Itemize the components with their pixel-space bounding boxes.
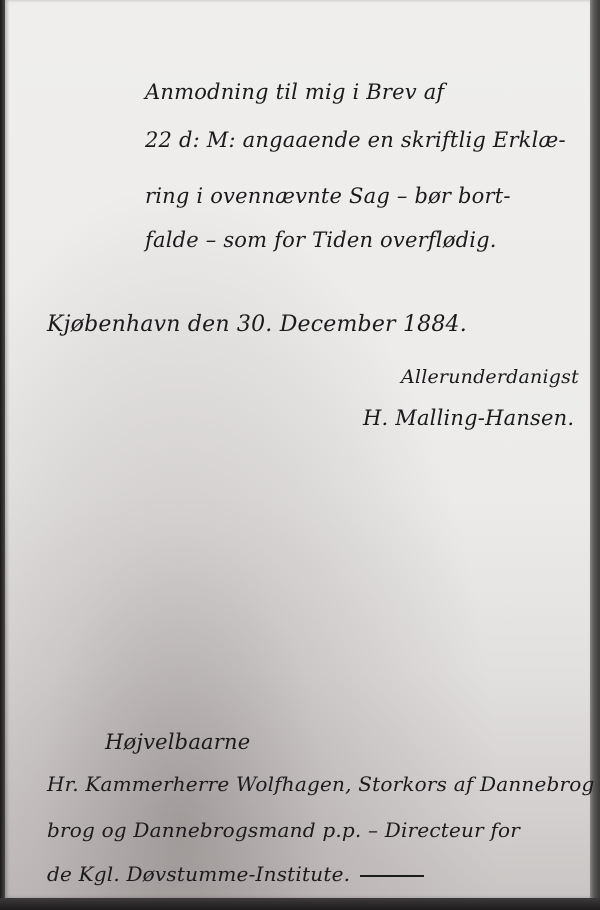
salutation: Højvelbaarne — [105, 730, 250, 754]
body-line-4: falde – som for Tiden overflødig. — [145, 228, 497, 252]
photo-border-bottom — [0, 898, 600, 910]
address-line-3: de Kgl. Døvstumme-Institute. — [47, 862, 424, 886]
signature: H. Malling-Hansen. — [363, 406, 574, 430]
body-line-1: Anmodning til mig i Brev af — [145, 80, 444, 104]
letter-page: Anmodning til mig i Brev af 22 d: M: ang… — [5, 0, 590, 898]
body-line-3: ring i ovennævnte Sag – bør bort- — [145, 184, 511, 208]
date-line: Kjøbenhavn den 30. December 1884. — [47, 312, 467, 337]
closing-phrase: Allerunderdanigst — [401, 366, 579, 388]
body-line-2: 22 d: M: angaaende en skriftlig Erklæ- — [145, 128, 566, 152]
address-line-1: Hr. Kammerherre Wolfhagen, Storkors af D… — [47, 772, 595, 796]
closing-flourish-rule — [360, 875, 424, 877]
address-line-2: brog og Dannebrogsmand p.p. – Directeur … — [47, 818, 520, 842]
address-line-3-text: de Kgl. Døvstumme-Institute. — [47, 862, 350, 886]
